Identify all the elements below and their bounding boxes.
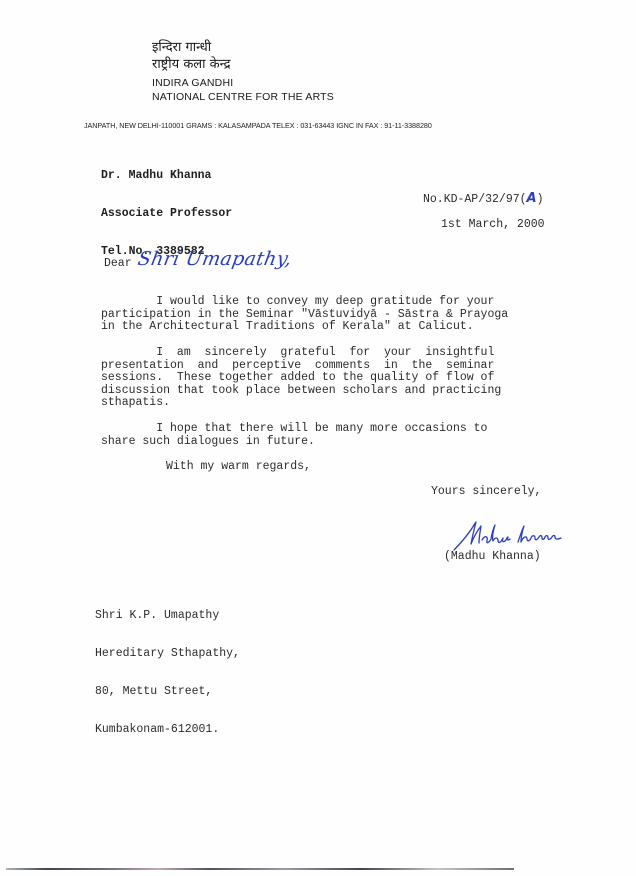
reference-handwritten-suffix: A xyxy=(527,191,537,206)
closing-regards: With my warm regards, xyxy=(166,461,311,474)
closing-yours-sincerely: Yours sincerely, xyxy=(431,486,541,499)
signature-handwritten xyxy=(452,516,592,552)
recipient-address: Shri K.P. Umapathy Hereditary Sthapathy,… xyxy=(95,585,240,750)
body-paragraph-3: I hope that there will be many more occa… xyxy=(101,423,553,448)
paragraph-line: sthapatis. xyxy=(101,397,553,410)
recipient-street: 80, Mettu Street, xyxy=(95,686,240,699)
paragraph-line: I am sincerely grateful for your insight… xyxy=(101,347,553,360)
letter-date: 1st March, 2000 xyxy=(441,219,545,232)
letterhead-org-name: INDIRA GANDHI xyxy=(152,77,233,89)
paragraph-line: sessions. These together added to the qu… xyxy=(101,372,553,385)
scan-edge-line xyxy=(6,868,514,870)
letterhead-hindi-centre: राष्ट्रीय कला केन्द्र xyxy=(152,57,231,73)
reference-typed: No.KD-AP/32/97( xyxy=(423,193,527,206)
recipient-designation: Hereditary Sthapathy, xyxy=(95,648,240,661)
letterhead-contact-line: JANPATH, NEW DELHI-110001 GRAMS : KALASA… xyxy=(84,121,432,130)
letterhead-org-subtitle: NATIONAL CENTRE FOR THE ARTS xyxy=(152,91,334,103)
typed-signatory-name: (Madhu Khanna) xyxy=(444,551,541,564)
letterhead-hindi-name: इन्दिरा गान्धी xyxy=(152,40,211,56)
salutation-typed: Dear xyxy=(104,258,132,271)
recipient-name: Shri K.P. Umapathy xyxy=(95,610,240,623)
sender-name: Dr. Madhu Khanna xyxy=(101,170,232,183)
paragraph-line: I would like to convey my deep gratitude… xyxy=(101,296,553,309)
paragraph-line: share such dialogues in future. xyxy=(101,436,553,449)
paragraph-line: I hope that there will be many more occa… xyxy=(101,423,553,436)
sender-title: Associate Professor xyxy=(101,208,232,221)
body-paragraph-2: I am sincerely grateful for your insight… xyxy=(101,347,553,410)
recipient-city: Kumbakonam-612001. xyxy=(95,724,240,737)
reference-number: No.KD-AP/32/97(A) xyxy=(423,193,544,207)
body-paragraph-1: I would like to convey my deep gratitude… xyxy=(101,296,553,334)
reference-close: ) xyxy=(537,193,544,206)
salutation-handwritten: Shri Umapathy, xyxy=(136,248,294,270)
paragraph-line: in the Architectural Traditions of Keral… xyxy=(101,321,553,334)
